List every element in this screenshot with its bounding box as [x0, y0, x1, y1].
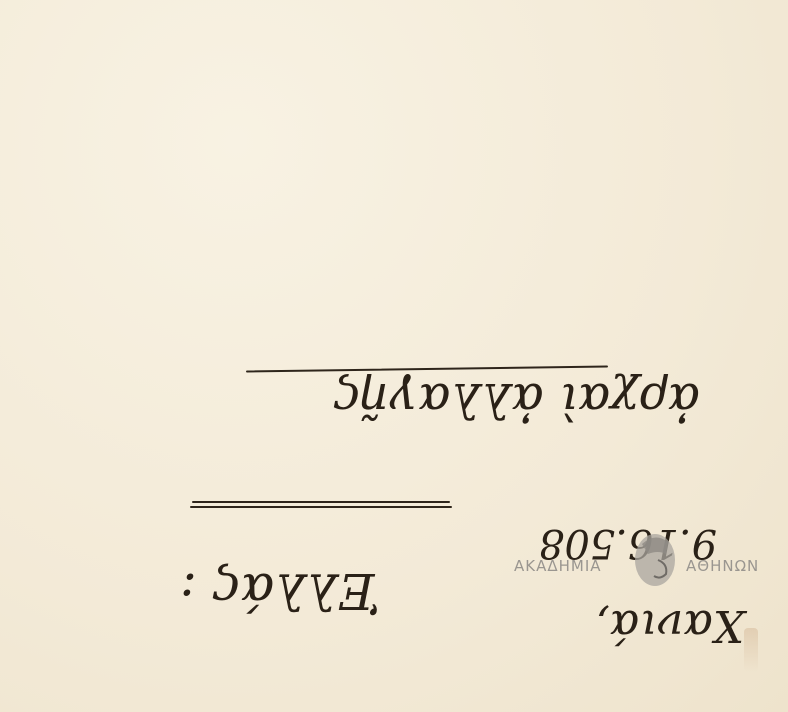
athena-head-stamp-icon [628, 530, 682, 592]
double-rule-lower [190, 506, 452, 508]
double-rule-upper [192, 501, 450, 503]
handwritten-line-1: ἀρχαὶ ἀλλαγῆς [282, 372, 752, 428]
handwritten-heading: Ἑλλάς : [140, 562, 420, 620]
ink-stain [744, 628, 758, 672]
handwritten-place: Χανιά, [570, 600, 770, 651]
manuscript-page: ἀρχαὶ ἀλλαγῆς 9.16.508 Χανιά, Ἑλλάς : ΑΚ… [0, 0, 788, 712]
stamp-text-left: ΑΚΑΔΗΜΙΑ [514, 557, 602, 575]
stamp-text-right: ΑΘΗΝΩΝ [686, 557, 759, 575]
